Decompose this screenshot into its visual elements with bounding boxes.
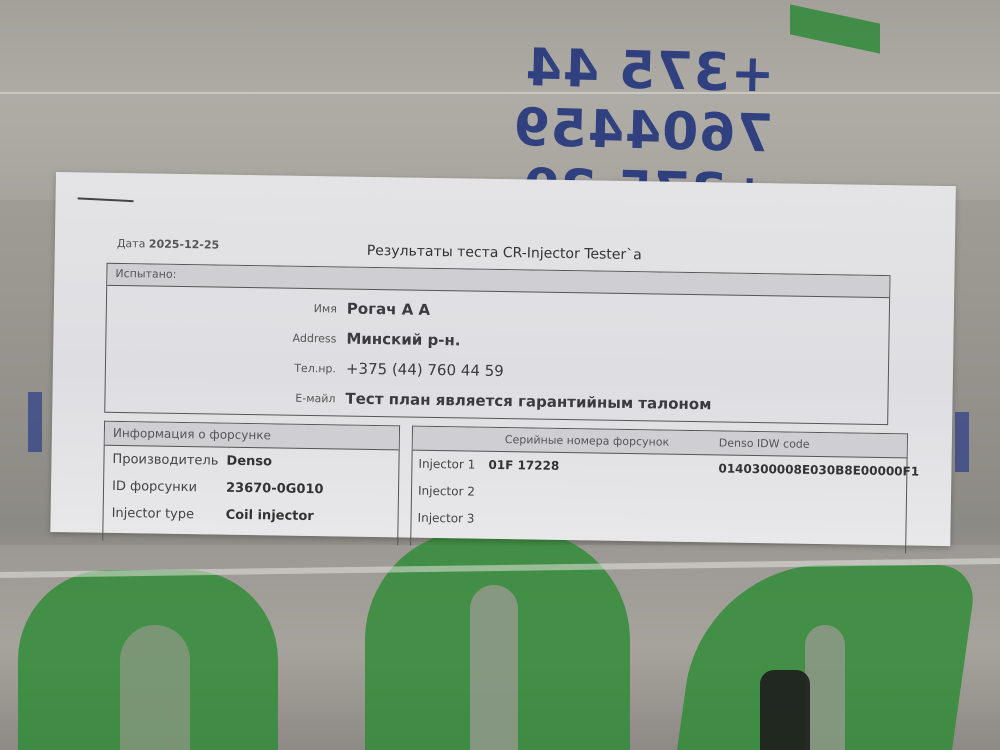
- injector-label: Injector 2: [418, 484, 475, 499]
- idw-code-column-header: Denso IDW code: [719, 436, 810, 450]
- pen-mark: [78, 197, 134, 202]
- blue-print-fragment-left: [28, 392, 42, 452]
- serial-column-header: Серийные номера форсунок: [505, 433, 670, 449]
- serial-numbers-section: Серийные номера форсунок Denso IDW code …: [410, 426, 908, 554]
- field-label: Address: [106, 328, 346, 345]
- info-key: Производитель: [112, 452, 226, 469]
- info-key: Injector type: [112, 506, 226, 523]
- injector-idw-code: 0140300008E030B8E00000F1: [718, 461, 919, 478]
- info-value: 23670-0G010: [226, 481, 324, 498]
- field-label: Имя: [107, 298, 347, 315]
- injector-serial: 01F 17228: [488, 458, 559, 473]
- field-value: +375 (44) 760 44 59: [346, 360, 504, 380]
- injector-info-section: Информация о форсунке Производитель Dens…: [102, 421, 400, 546]
- info-value: Coil injector: [226, 508, 314, 524]
- date: Дата 2025-12-25: [117, 237, 220, 252]
- info-value: Denso: [226, 454, 272, 470]
- field-value: Рогач А А: [347, 300, 430, 319]
- black-object: [760, 670, 810, 750]
- field-value: Тест план является гарантийным талоном: [345, 390, 711, 414]
- tested-section: Испытано: Имя Рогач А А Address Минский …: [104, 263, 890, 425]
- info-row-injector-type: Injector type Coil injector: [103, 500, 397, 532]
- info-key: ID форсунки: [112, 479, 226, 496]
- date-value: 2025-12-25: [149, 237, 220, 251]
- blue-print-fragment-right: [955, 412, 969, 472]
- injector-label: Injector 3: [418, 511, 475, 526]
- injector-label: Injector 1: [418, 457, 475, 472]
- test-receipt: Дата 2025-12-25 Результаты теста CR-Inje…: [50, 172, 956, 546]
- field-value: Минский р-н.: [346, 330, 460, 350]
- field-label: E-майл: [105, 388, 345, 405]
- phone-line-1: +375 44 7604459: [272, 31, 775, 164]
- date-label: Дата: [117, 237, 146, 250]
- field-email: E-майл Тест план является гарантийным та…: [105, 380, 711, 420]
- field-label: Тел.нр.: [106, 358, 346, 375]
- report-title: Результаты теста CR-Injector Tester`a: [367, 243, 642, 263]
